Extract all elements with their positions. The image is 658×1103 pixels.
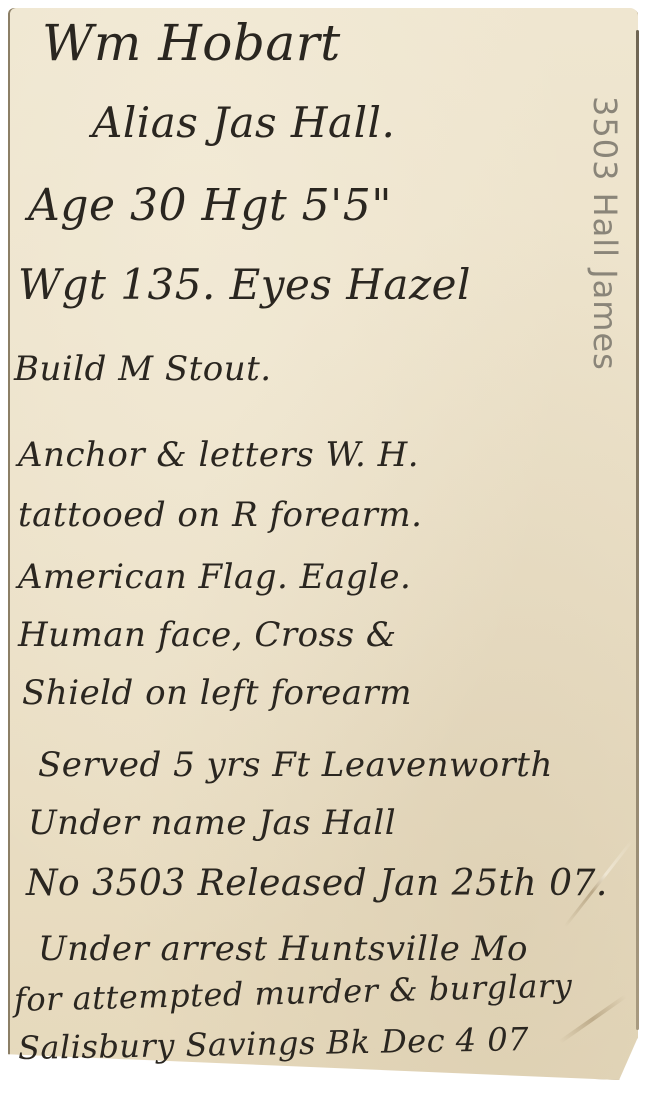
tattoo-line-5: Shield on left forearm — [22, 676, 412, 710]
served-term: Served 5 yrs Ft Leavenworth — [38, 748, 553, 782]
age-height: Age 30 Hgt 5'5" — [28, 184, 392, 228]
card-edge — [636, 30, 639, 1030]
arrest-location: Under arrest Huntsville Mo — [38, 932, 528, 966]
build: Build M Stout. — [14, 352, 272, 386]
subject-alias: Alias Jas Hall. — [92, 102, 395, 144]
weight-eyes: Wgt 135. Eyes Hazel — [18, 264, 471, 306]
tattoo-line-3: American Flag. Eagle. — [18, 560, 411, 594]
prison-number-release: No 3503 Released Jan 25th 07. — [26, 866, 608, 902]
subject-name: Wm Hobart — [42, 18, 341, 68]
tattoo-line-4: Human face, Cross & — [18, 618, 397, 652]
record-card — [8, 8, 638, 1080]
arrest-place-date: Salisbury Savings Bk Dec 4 07 — [18, 1023, 530, 1064]
tattoo-line-2: tattooed on R forearm. — [18, 498, 422, 532]
served-under-name: Under name Jas Hall — [28, 806, 396, 840]
tattoo-line-1: Anchor & letters W. H. — [18, 438, 419, 472]
pencil-margin-note: 3503 Hall James — [586, 96, 624, 371]
